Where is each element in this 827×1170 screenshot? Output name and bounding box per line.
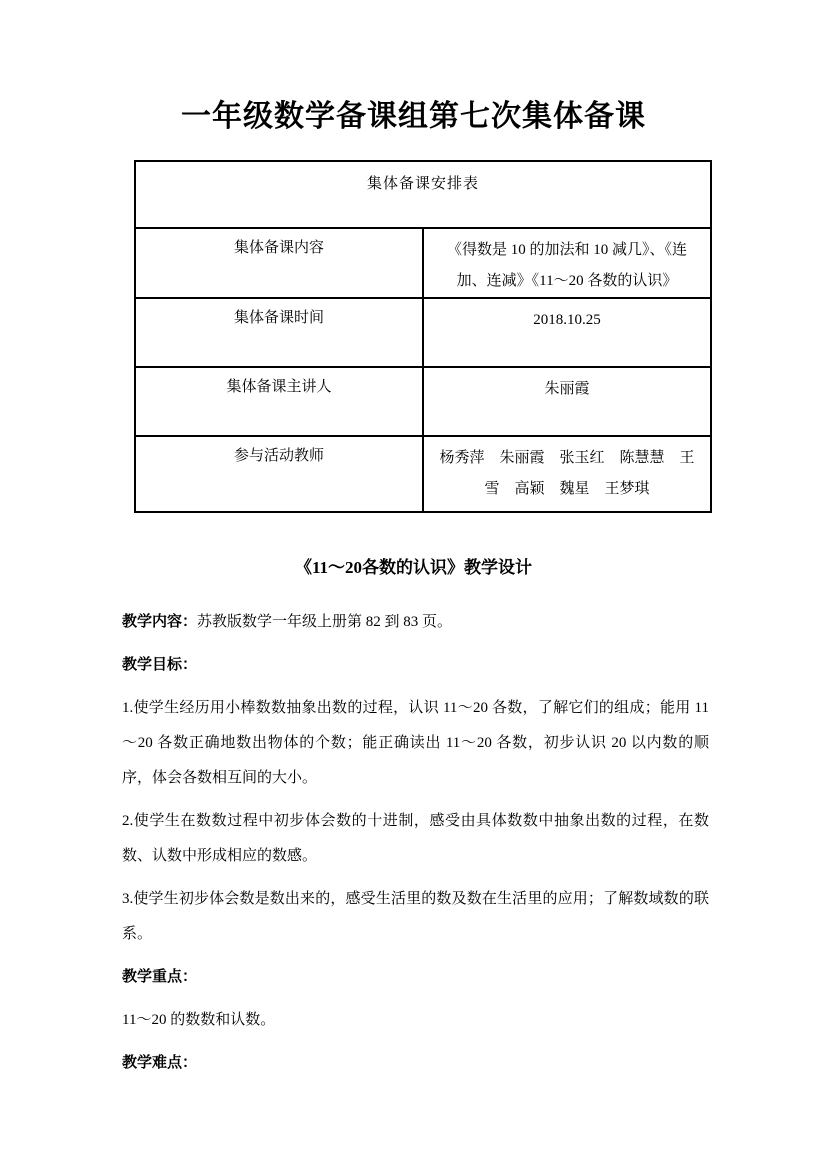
goal-item-1: 1.使学生经历用小棒数数抽象出数的过程，认识 11～20 各数，了解它们的组成；… — [122, 691, 709, 796]
teaching-content-label: 教学内容： — [122, 614, 197, 630]
row-value-teachers: 杨秀萍 朱丽霞 张玉红 陈慧慧 王雪 高颖 魏星 王梦琪 — [423, 436, 711, 512]
goal-item-2: 2.使学生在数数过程中初步体会数的十进制，感受由具体数数中抽象出数的过程，在数数… — [122, 804, 709, 874]
table-row: 集体备课时间 2018.10.25 — [135, 298, 711, 367]
table-caption: 集体备课安排表 — [135, 161, 711, 228]
lesson-content: 教学内容：苏教版数学一年级上册第 82 到 83 页。 教学目标： 1.使学生经… — [122, 605, 709, 1081]
teaching-key-text: 11～20 的数数和认数。 — [122, 1003, 709, 1038]
row-value-time: 2018.10.25 — [423, 298, 711, 367]
row-label-content: 集体备课内容 — [135, 228, 423, 298]
table-row: 集体备课主讲人 朱丽霞 — [135, 367, 711, 436]
document-page: 一年级数学备课组第七次集体备课 集体备课安排表 集体备课内容 《得数是 10 的… — [0, 0, 827, 1170]
table-row: 集体备课内容 《得数是 10 的加法和 10 减几》、《连加、连减》《11～20… — [135, 228, 711, 298]
document-title: 一年级数学备课组第七次集体备课 — [0, 0, 827, 136]
row-label-speaker: 集体备课主讲人 — [135, 367, 423, 436]
row-label-time: 集体备课时间 — [135, 298, 423, 367]
row-value-content: 《得数是 10 的加法和 10 减几》、《连加、连减》《11～20 各数的认识》 — [423, 228, 711, 298]
lesson-design-title: 《11～20各数的认识》教学设计 — [0, 555, 827, 581]
table-row: 参与活动教师 杨秀萍 朱丽霞 张玉红 陈慧慧 王雪 高颖 魏星 王梦琪 — [135, 436, 711, 512]
teaching-content-line: 教学内容：苏教版数学一年级上册第 82 到 83 页。 — [122, 605, 709, 640]
goal-item-3: 3.使学生初步体会数是数出来的，感受生活里的数及数在生活里的应用；了解数域数的联… — [122, 882, 709, 952]
schedule-table: 集体备课安排表 集体备课内容 《得数是 10 的加法和 10 减几》、《连加、连… — [134, 160, 712, 513]
teaching-key-label: 教学重点： — [122, 960, 709, 995]
teaching-content-text: 苏教版数学一年级上册第 82 到 83 页。 — [197, 614, 452, 630]
table-caption-row: 集体备课安排表 — [135, 161, 711, 228]
teaching-goals-label: 教学目标： — [122, 648, 709, 683]
row-label-teachers: 参与活动教师 — [135, 436, 423, 512]
teaching-difficulty-label: 教学难点： — [122, 1046, 709, 1081]
row-value-speaker: 朱丽霞 — [423, 367, 711, 436]
